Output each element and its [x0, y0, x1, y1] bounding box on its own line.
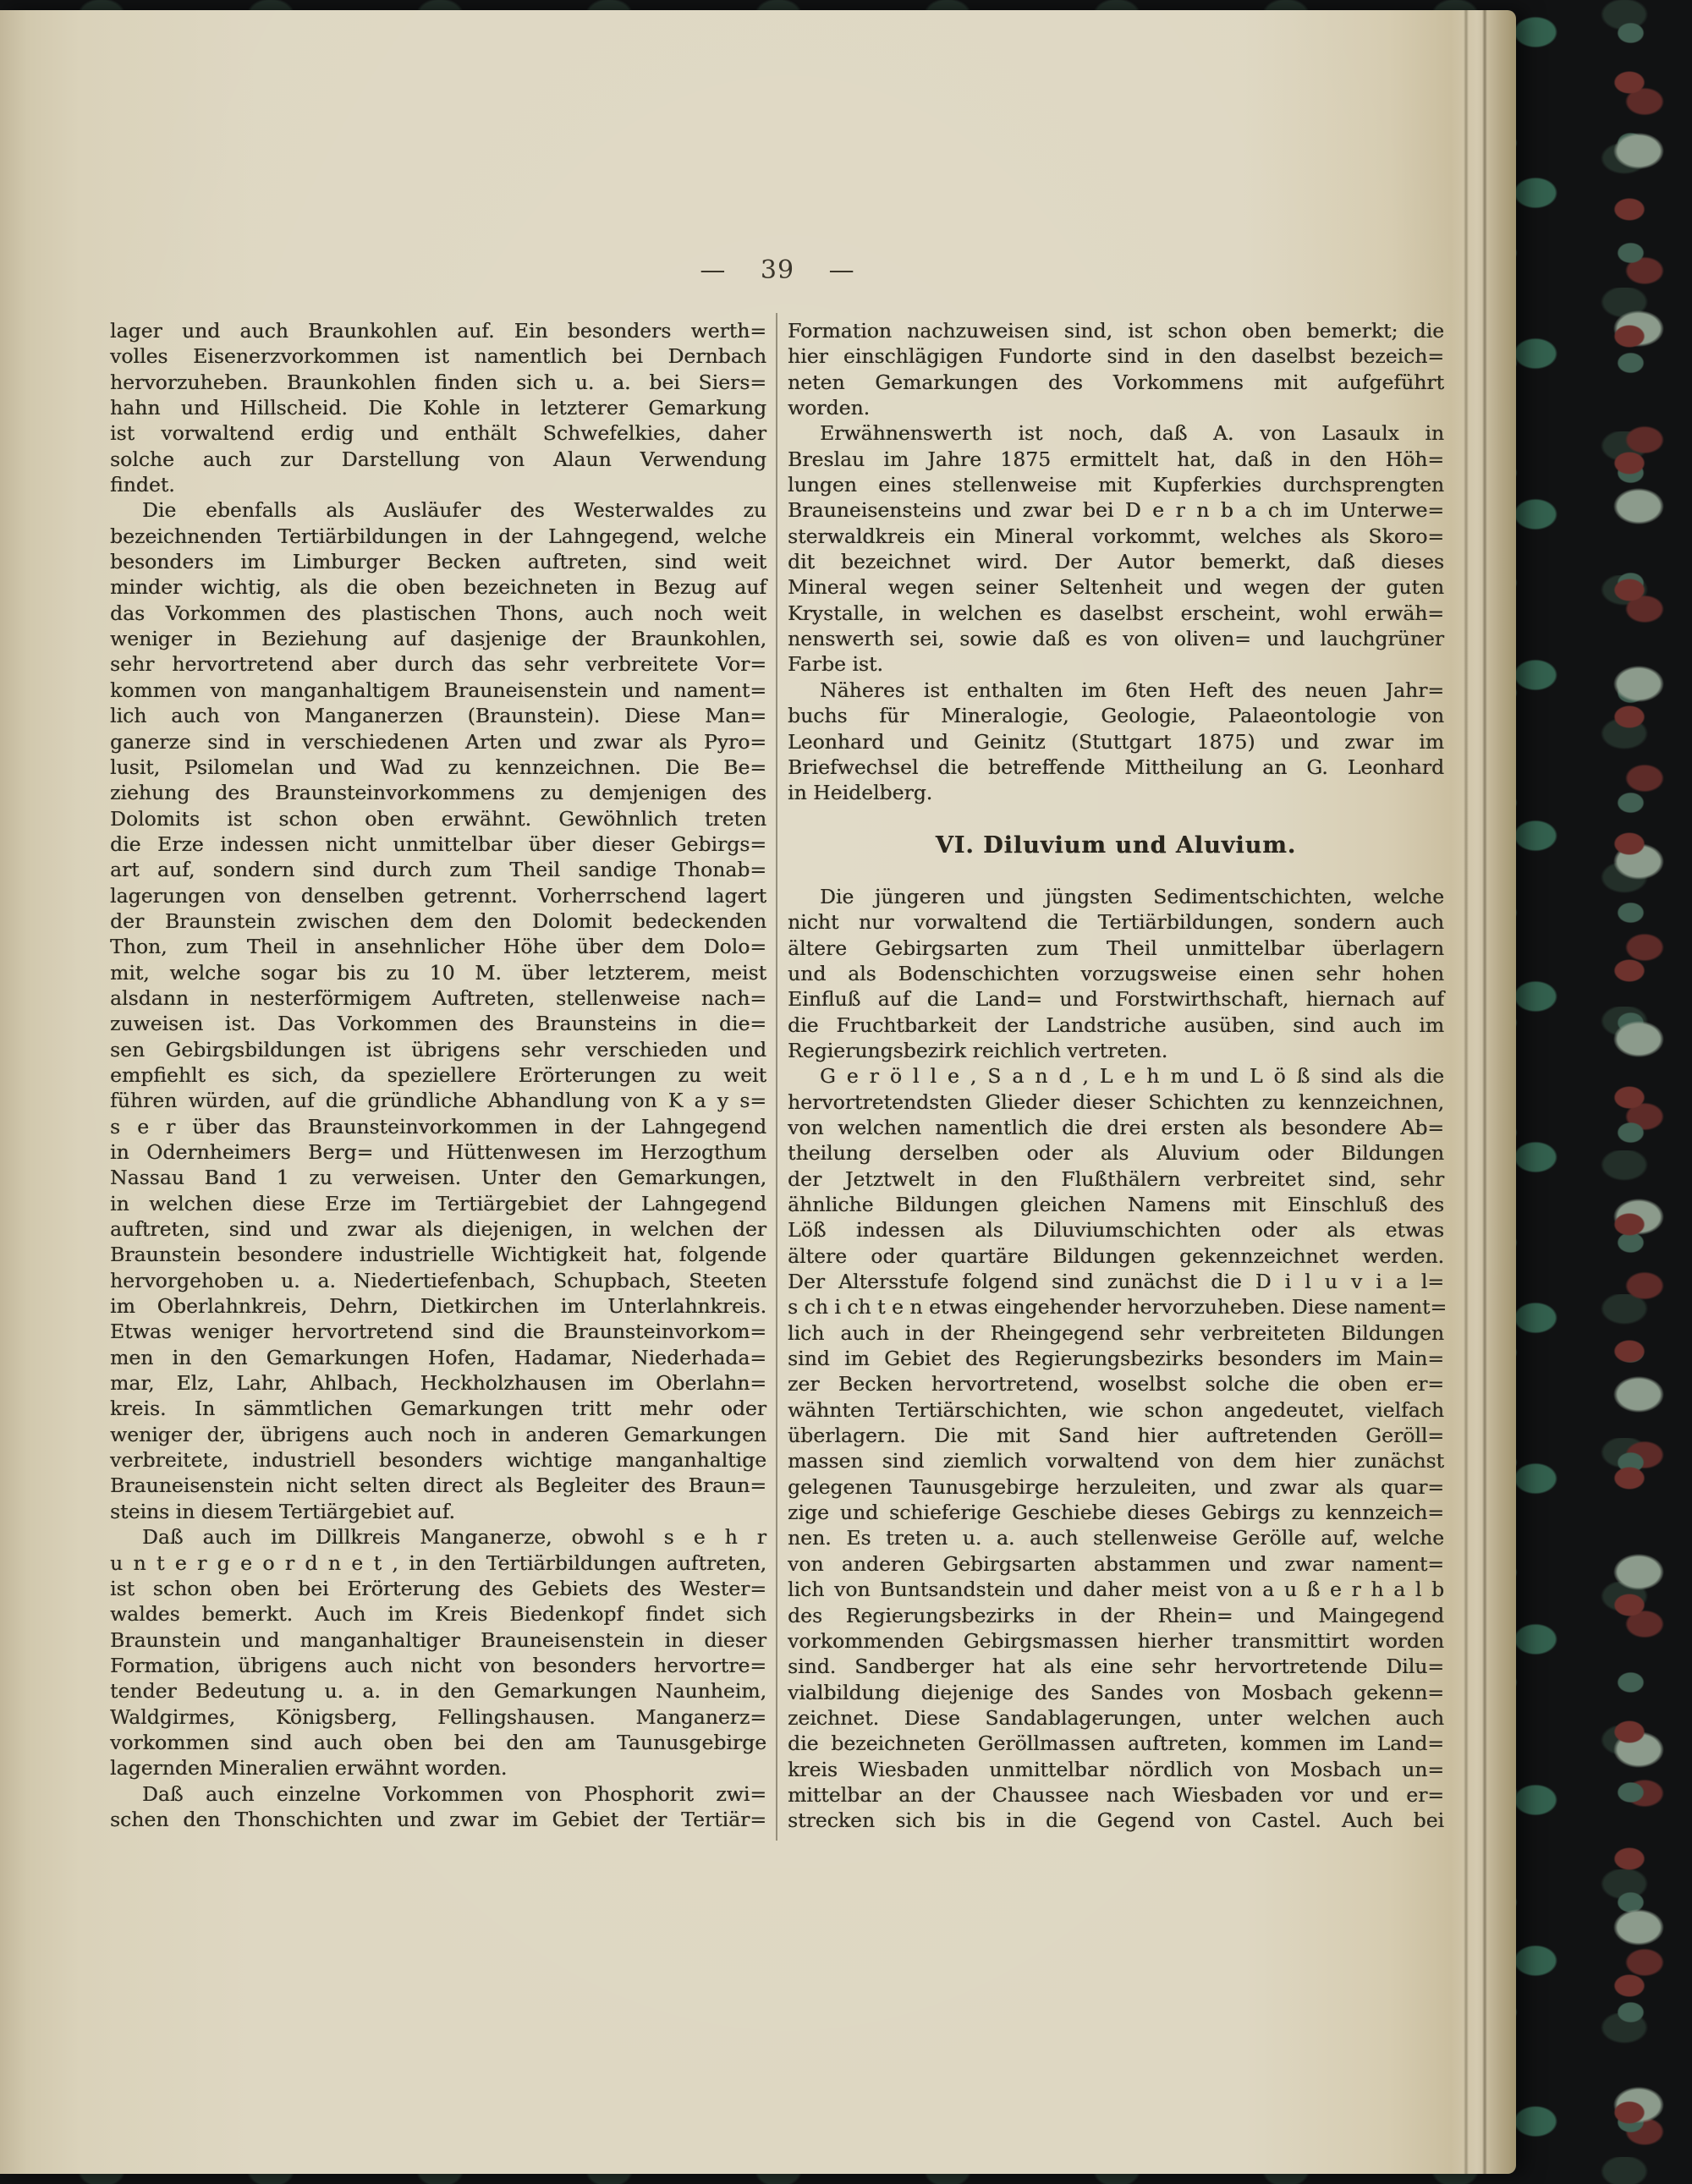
- text-line: lagernden Mineralien erwähnt worden.: [110, 1755, 766, 1781]
- text-line: ist schon oben bei Erörterung des Gebiet…: [110, 1576, 766, 1601]
- text-line: ziehung des Braunsteinvorkommens zu demj…: [110, 780, 766, 805]
- text-line: die bezeichneten Geröllmassen auftreten,…: [788, 1731, 1444, 1756]
- text-line: buchs für Mineralogie, Geologie, Palaeon…: [788, 703, 1444, 728]
- text-line: von welchen namentlich die drei ersten a…: [788, 1115, 1444, 1140]
- text-line: worden.: [788, 395, 1444, 420]
- text-line: nenswerth sei, sowie daß es von oliven= …: [788, 626, 1444, 651]
- page-number: — 39 —: [110, 255, 1445, 285]
- text-line: Leonhard und Geinitz (Stuttgart 1875) un…: [788, 729, 1444, 755]
- text-line: Thon, zum Theil in ansehnlicher Höhe übe…: [110, 934, 766, 959]
- text-line: Dolomits ist schon oben erwähnt. Gewöhnl…: [110, 806, 766, 831]
- text-line: hervortretendsten Glieder dieser Schicht…: [788, 1089, 1444, 1115]
- text-line: sind im Gebiet des Regierungsbezirks bes…: [788, 1346, 1444, 1371]
- text-line: Die ebenfalls als Ausläufer des Westerwa…: [110, 497, 766, 523]
- section-heading: VI. Diluvium und Aluvium.: [788, 833, 1444, 859]
- text-line: u n t e r g e o r d n e t , in den Terti…: [110, 1550, 766, 1576]
- text-line: lich von Buntsandstein und daher meist v…: [788, 1577, 1444, 1602]
- text-line: zuweisen ist. Das Vorkommen des Braunste…: [110, 1011, 766, 1036]
- text-line: von anderen Gebirgsarten abstammen und z…: [788, 1551, 1444, 1577]
- text-line: sen Gebirgsbildungen ist übrigens sehr v…: [110, 1037, 766, 1062]
- text-line: Etwas weniger hervortretend sind die Bra…: [110, 1319, 766, 1344]
- text-line: die Erze indessen nicht unmittelbar über…: [110, 831, 766, 857]
- text-line: Formation nachzuweisen sind, ist schon o…: [788, 318, 1444, 343]
- text-line: kommen von manganhaltigem Brauneisenstei…: [110, 678, 766, 703]
- text-line: lagerungen von denselben getrennt. Vorhe…: [110, 883, 766, 908]
- text-line: zige und schieferige Geschiebe dieses Ge…: [788, 1500, 1444, 1525]
- text-line: Breslau im Jahre 1875 ermittelt hat, daß…: [788, 447, 1444, 472]
- text-line: sterwaldkreis ein Mineral vorkommt, welc…: [788, 524, 1444, 549]
- right-column: Formation nachzuweisen sind, ist schon o…: [788, 318, 1444, 1834]
- text-line: waldes bemerkt. Auch im Kreis Biedenkopf…: [110, 1601, 766, 1627]
- text-line: gelegenen Taunusgebirge herzuleiten, und…: [788, 1474, 1444, 1500]
- text-line: neten Gemarkungen des Vorkommens mit auf…: [788, 370, 1444, 395]
- scanned-book-screenshot: { "page": { "number": "39", "number_disp…: [0, 0, 1692, 2184]
- text-line: die Fruchtbarkeit der Landstriche ausübe…: [788, 1012, 1444, 1038]
- column-divider-rule: [776, 313, 777, 1841]
- text-line: findet.: [110, 472, 766, 497]
- text-line: das Vorkommen des plastischen Thons, auc…: [110, 601, 766, 626]
- text-line: alsdann in nesterförmigem Auftreten, ste…: [110, 985, 766, 1011]
- text-line: Nassau Band 1 zu verweisen. Unter den Ge…: [110, 1165, 766, 1190]
- text-line: zeichnet. Diese Sandablagerungen, unter …: [788, 1705, 1444, 1731]
- text-line: solche auch zur Darstellung von Alaun Ve…: [110, 447, 766, 472]
- text-line: im Oberlahnkreis, Dehrn, Dietkirchen im …: [110, 1293, 766, 1319]
- text-line: hier einschlägigen Fundorte sind in den …: [788, 343, 1444, 369]
- text-line: strecken sich bis in die Gegend von Cast…: [788, 1808, 1444, 1833]
- text-line: lungen eines stellenweise mit Kupferkies…: [788, 472, 1444, 497]
- text-line: vialbildung diejenige des Sandes von Mos…: [788, 1680, 1444, 1705]
- text-line: Erwähnenswerth ist noch, daß A. von Lasa…: [788, 420, 1444, 446]
- text-line: Krystalle, in welchen es daselbst ersche…: [788, 601, 1444, 626]
- text-line: nen. Es treten u. a. auch stellenweise G…: [788, 1525, 1444, 1550]
- text-line: vorkommen sind auch oben bei den am Taun…: [110, 1730, 766, 1755]
- text-line: Der Altersstufe folgend sind zunächst di…: [788, 1269, 1444, 1294]
- text-line: überlagern. Die mit Sand hier auftretend…: [788, 1423, 1444, 1448]
- text-line: steins in diesem Tertiärgebiet auf.: [110, 1499, 766, 1524]
- text-line: Löß indessen als Diluviumschichten oder …: [788, 1217, 1444, 1243]
- text-line: Einfluß auf die Land= und Forstwirthscha…: [788, 986, 1444, 1012]
- text-line: sehr hervortretend aber durch das sehr v…: [110, 651, 766, 677]
- text-line: Brauneisensteins und zwar bei D e r n b …: [788, 497, 1444, 523]
- text-line: ältere oder quartäre Bildungen gekennzei…: [788, 1243, 1444, 1269]
- text-line: besonders im Limburger Becken auftreten,…: [110, 549, 766, 574]
- text-line: tender Bedeutung u. a. in den Gemarkunge…: [110, 1678, 766, 1704]
- text-line: der Braunstein zwischen dem den Dolomit …: [110, 908, 766, 934]
- text-line: Daß auch im Dillkreis Manganerze, obwohl…: [110, 1524, 766, 1550]
- text-line: Regierungsbezirk reichlich vertreten.: [788, 1038, 1444, 1063]
- text-line: theilung derselben oder als Aluvium oder…: [788, 1140, 1444, 1166]
- text-line: kreis Wiesbaden unmittelbar nördlich von…: [788, 1757, 1444, 1782]
- text-line: hervorzuheben. Braunkohlen finden sich u…: [110, 370, 766, 395]
- text-line: verbreitete, industriell besonders wicht…: [110, 1447, 766, 1473]
- text-line: Braunstein besondere industrielle Wichti…: [110, 1242, 766, 1267]
- text-line: lusit, Psilomelan und Wad zu kennzeichne…: [110, 755, 766, 780]
- text-line: Briefwechsel die betreffende Mittheilung…: [788, 755, 1444, 780]
- text-line: volles Eisenerzvorkommen ist namentlich …: [110, 343, 766, 369]
- text-line: bezeichnenden Tertiärbildungen in der La…: [110, 524, 766, 549]
- text-line: minder wichtig, als die oben bezeichnete…: [110, 574, 766, 600]
- text-line: massen sind ziemlich vorwaltend von dem …: [788, 1448, 1444, 1473]
- text-line: Formation, übrigens auch nicht von beson…: [110, 1653, 766, 1678]
- text-line: Waldgirmes, Königsberg, Fellingshausen. …: [110, 1704, 766, 1730]
- text-line: führen würden, auf die gründliche Abhand…: [110, 1088, 766, 1113]
- left-column: lager und auch Braunkohlen auf. Ein beso…: [110, 318, 766, 1832]
- text-line: dit bezeichnet wird. Der Autor bemerkt, …: [788, 549, 1444, 574]
- text-line: mar, Elz, Lahr, Ahlbach, Heckholzhausen …: [110, 1370, 766, 1396]
- text-line: schen den Thonschichten und zwar im Gebi…: [110, 1807, 766, 1832]
- text-line: Farbe ist.: [788, 651, 1444, 677]
- text-line: Daß auch einzelne Vorkommen von Phosphor…: [110, 1781, 766, 1807]
- text-line: lich auch von Manganerzen (Braunstein). …: [110, 703, 766, 728]
- text-line: kreis. In sämmtlichen Gemarkungen tritt …: [110, 1396, 766, 1421]
- text-line: lich auch in der Rheingegend sehr verbre…: [788, 1320, 1444, 1346]
- text-line: Die jüngeren und jüngsten Sedimentschich…: [788, 884, 1444, 909]
- text-line: und als Bodenschichten vorzugsweise eine…: [788, 961, 1444, 986]
- text-line: hervorgehoben u. a. Niedertiefenbach, Sc…: [110, 1268, 766, 1293]
- text-line: men in den Gemarkungen Hofen, Hadamar, N…: [110, 1345, 766, 1370]
- text-line: auftreten, sind und zwar als diejenigen,…: [110, 1216, 766, 1242]
- text-line: art auf, sondern sind durch zum Theil sa…: [110, 857, 766, 882]
- text-line: ältere Gebirgsarten zum Theil unmittelba…: [788, 936, 1444, 961]
- text-line: des Regierungsbezirks in der Rhein= und …: [788, 1603, 1444, 1628]
- text-line: zer Becken hervortretend, woselbst solch…: [788, 1371, 1444, 1397]
- text-line: empfiehlt es sich, da speziellere Erörte…: [110, 1062, 766, 1088]
- text-line: wähnten Tertiärschichten, wie schon ange…: [788, 1397, 1444, 1423]
- text-line: Mineral wegen seiner Seltenheit und wege…: [788, 574, 1444, 600]
- text-line: der Jetztwelt in den Flußthälern verbrei…: [788, 1166, 1444, 1192]
- text-line: weniger der, übrigens auch noch in ander…: [110, 1422, 766, 1447]
- text-line: vorkommenden Gebirgsmassen hierher trans…: [788, 1628, 1444, 1654]
- text-line: lager und auch Braunkohlen auf. Ein beso…: [110, 318, 766, 343]
- text-line: hahn und Hillscheid. Die Kohle in letzte…: [110, 395, 766, 420]
- text-line: ähnliche Bildungen gleichen Namens mit E…: [788, 1192, 1444, 1217]
- text-line: ganerze sind in verschiedenen Arten und …: [110, 729, 766, 755]
- text-line: Brauneisenstein nicht selten direct als …: [110, 1473, 766, 1498]
- text-line: weniger in Beziehung auf dasjenige der B…: [110, 626, 766, 651]
- text-line: Näheres ist enthalten im 6ten Heft des n…: [788, 678, 1444, 703]
- text-line: Braunstein und manganhaltiger Brauneisen…: [110, 1627, 766, 1653]
- text-line: G e r ö l l e , S a n d , L e h m und L …: [788, 1063, 1444, 1089]
- text-line: in Heidelberg.: [788, 780, 1444, 805]
- text-line: s ch i ch t e n etwas eingehender hervor…: [788, 1294, 1444, 1320]
- text-line: nicht nur vorwaltend die Tertiärbildunge…: [788, 909, 1444, 935]
- text-line: mittelbar an der Chaussee nach Wiesbaden…: [788, 1782, 1444, 1808]
- text-line: s e r über das Braunsteinvorkommen in de…: [110, 1114, 766, 1139]
- text-line: ist vorwaltend erdig und enthält Schwefe…: [110, 420, 766, 446]
- book-page: — 39 — lager und auch Braunkohlen auf. E…: [0, 10, 1516, 2174]
- text-line: in Odernheimers Berg= und Hüttenwesen im…: [110, 1139, 766, 1165]
- text-line: mit, welche sogar bis zu 10 M. über letz…: [110, 960, 766, 985]
- text-line: in welchen diese Erze im Tertiärgebiet d…: [110, 1191, 766, 1216]
- text-line: sind. Sandberger hat als eine sehr hervo…: [788, 1654, 1444, 1679]
